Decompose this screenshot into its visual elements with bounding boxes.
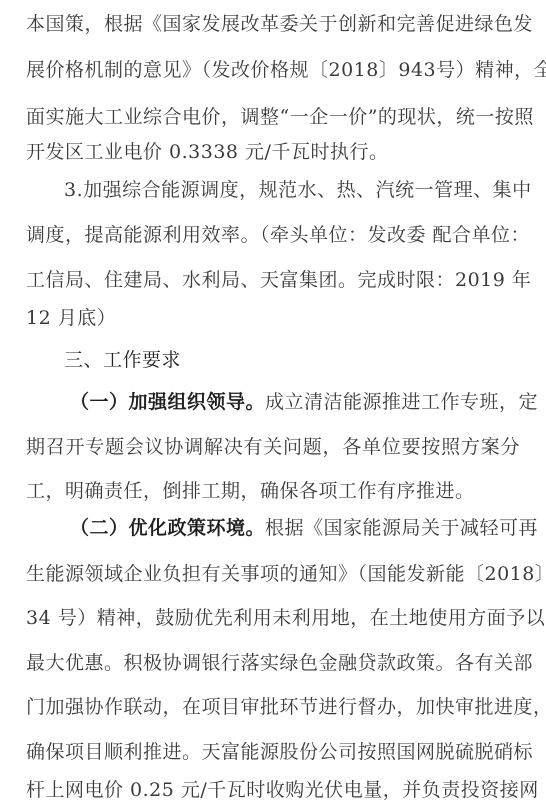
paragraph-line: 调度，提高能源利用效率。（牵头单位：发改委 配合单位： bbox=[26, 223, 520, 247]
section-heading: 三、工作要求 bbox=[64, 348, 181, 372]
paragraph-line: 生能源领域企业负担有关事项的通知》（国能发新能〔2018〕 bbox=[26, 562, 520, 586]
item-1-first-line: （一）加强组织领导。成立清洁能源推进工作专班，定 bbox=[70, 390, 520, 414]
paragraph-line: 确保项目顺利推进。天富能源股份公司按照国网脱硫脱硝标 bbox=[26, 740, 520, 764]
paragraph-line: 期召开专题会议协调解决有关问题，各单位要按照方案分 bbox=[26, 435, 520, 459]
paragraph-line: 面实施大工业综合电价，调整“一企一价”的现状，统一按照 bbox=[26, 105, 520, 129]
item-1-text: 成立清洁能源推进工作专班，定 bbox=[265, 391, 538, 413]
paragraph-line: 开发区工业电价 0.3338 元/千瓦时执行。 bbox=[26, 140, 520, 164]
paragraph-line: 最大优惠。积极协调银行落实绿色金融贷款政策。各有关部 bbox=[26, 651, 520, 675]
paragraph-line: 3.加强综合能源调度，规范水、热、汽统一管理、集中 bbox=[64, 178, 520, 202]
item-1-title: （一）加强组织领导。 bbox=[70, 391, 265, 413]
paragraph-line: 工信局、住建局、水利局、天富集团。完成时限：2019 年 bbox=[26, 268, 520, 292]
paragraph-line: 34 号）精神，鼓励优先利用未利用地，在土地使用方面予以 bbox=[26, 606, 520, 630]
paragraph-line: 门加强协作联动，在项目审批环节进行督办，加快审批进度， bbox=[26, 695, 520, 719]
paragraph-line: 12 月底） bbox=[26, 306, 520, 330]
paragraph-line: 本国策，根据《国家发展改革委关于创新和完善促进绿色发 bbox=[26, 12, 520, 36]
item-2-text: 根据《国家能源局关于减轻可再 bbox=[265, 517, 538, 539]
paragraph-line: 展价格机制的意见》（发改价格规〔2018〕943号）精神，全 bbox=[26, 58, 520, 82]
paragraph-line: 杆上网电价 0.25 元/千瓦时收购光伏电量，并负责投资接网 bbox=[26, 778, 520, 800]
item-2-title: （二）优化政策环境。 bbox=[70, 517, 265, 539]
paragraph-line: 工，明确责任，倒排工期，确保各项工作有序推进。 bbox=[26, 479, 520, 503]
item-2-first-line: （二）优化政策环境。根据《国家能源局关于减轻可再 bbox=[70, 516, 520, 540]
